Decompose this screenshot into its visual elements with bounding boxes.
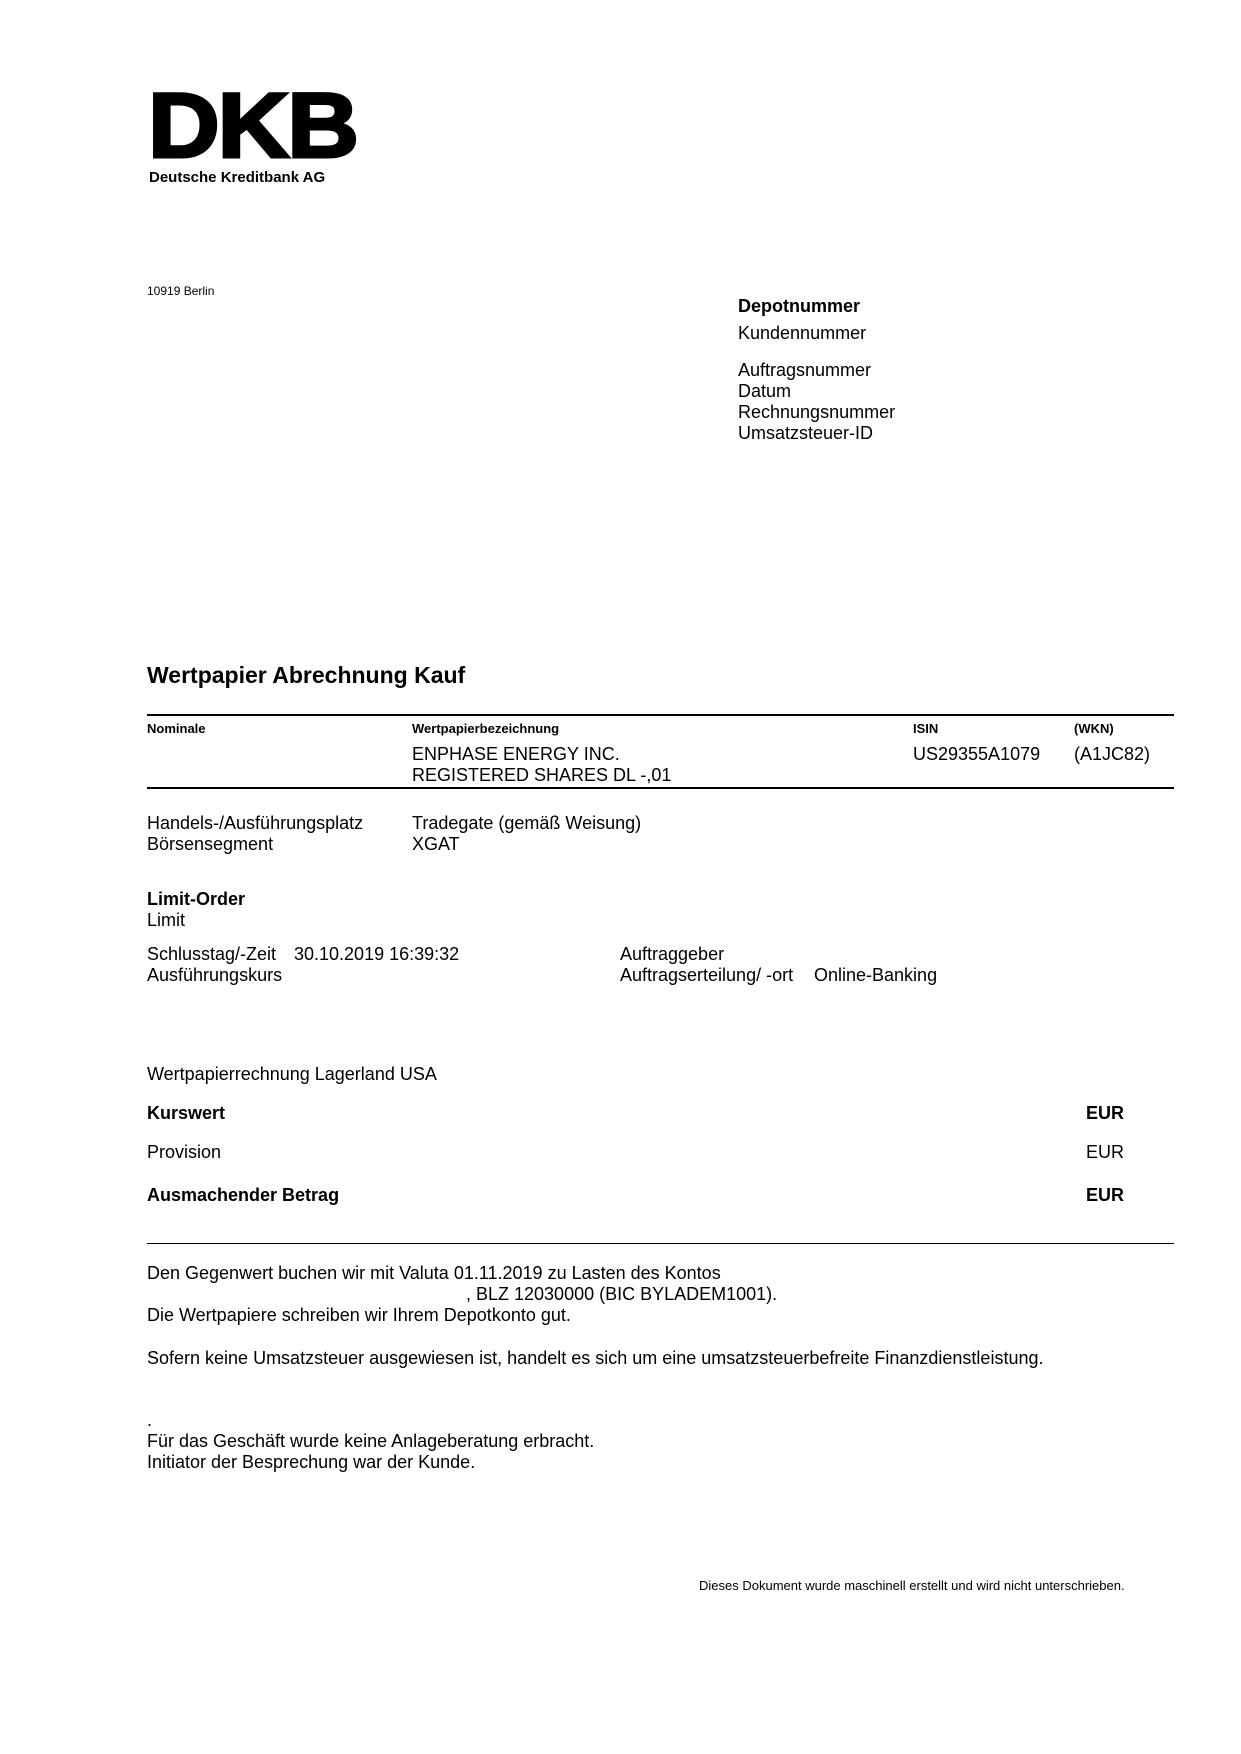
datum-label: Datum: [738, 381, 895, 402]
header-nominale: Nominale: [147, 721, 206, 736]
depotnummer-label: Depotnummer: [738, 296, 895, 317]
bank-name: Deutsche Kreditbank AG: [149, 169, 325, 186]
reference-info-block: Depotnummer Kundennummer Auftragsnummer …: [738, 296, 895, 444]
limit-label: Limit: [147, 910, 185, 931]
schlusstag-value: 30.10.2019 16:39:32: [294, 944, 459, 965]
kurswert-currency: EUR: [1086, 1103, 1124, 1124]
cell-wertpapierbezeichnung: ENPHASE ENERGY INC. REGISTERED SHARES DL…: [412, 744, 671, 786]
kundennummer-label: Kundennummer: [738, 323, 895, 344]
auftragserteilung-label: Auftragserteilung/ -ort: [620, 965, 793, 986]
security-name-line2: REGISTERED SHARES DL -,01: [412, 765, 671, 786]
advice-note-line2: Initiator der Besprechung war der Kunde.: [147, 1452, 475, 1473]
rechnungsnummer-label: Rechnungsnummer: [738, 402, 895, 423]
sender-address: 10919 Berlin: [147, 284, 214, 298]
auftraggeber-label: Auftraggeber: [620, 944, 724, 965]
lagerland-text: Wertpapierrechnung Lagerland USA: [147, 1064, 437, 1085]
table-top-divider: [147, 714, 1174, 716]
vat-note: Sofern keine Umsatzsteuer ausgewiesen is…: [147, 1348, 1043, 1369]
auftragserteilung-value: Online-Banking: [814, 965, 937, 986]
cell-isin: US29355A1079: [913, 744, 1040, 765]
advice-note-line1: Für das Geschäft wurde keine Anlageberat…: [147, 1431, 594, 1452]
header-wkn: (WKN): [1074, 721, 1114, 736]
ausfuehrungskurs-label: Ausführungskurs: [147, 965, 282, 986]
booking-text-line1: Den Gegenwert buchen wir mit Valuta 01.1…: [147, 1263, 721, 1284]
handelsplatz-label: Handels-/Ausführungsplatz: [147, 813, 363, 834]
boersensegment-value: XGAT: [412, 834, 460, 855]
header-isin: ISIN: [913, 721, 938, 736]
ausmachender-betrag-label: Ausmachender Betrag: [147, 1185, 339, 1206]
umsatzsteuer-id-label: Umsatzsteuer-ID: [738, 423, 895, 444]
machine-generated-note: Dieses Dokument wurde maschinell erstell…: [699, 1578, 1125, 1593]
table-bottom-divider: [147, 787, 1174, 789]
cell-wkn: (A1JC82): [1074, 744, 1150, 765]
header-wertpapierbezeichnung: Wertpapierbezeichnung: [412, 721, 559, 736]
auftragsnummer-label: Auftragsnummer: [738, 360, 895, 381]
separator-dot: .: [147, 1410, 152, 1431]
provision-currency: EUR: [1086, 1142, 1124, 1163]
settlement-divider: [147, 1243, 1174, 1244]
booking-text-line3: Die Wertpapiere schreiben wir Ihrem Depo…: [147, 1305, 571, 1326]
schlusstag-label: Schlusstag/-Zeit: [147, 944, 276, 965]
handelsplatz-value: Tradegate (gemäß Weisung): [412, 813, 641, 834]
kurswert-label: Kurswert: [147, 1103, 225, 1124]
order-type-label: Limit-Order: [147, 889, 245, 910]
ausmachender-betrag-currency: EUR: [1086, 1185, 1124, 1206]
boersensegment-label: Börsensegment: [147, 834, 273, 855]
dkb-logo: DKB: [148, 80, 357, 172]
booking-text-line2: , BLZ 12030000 (BIC BYLADEM1001).: [466, 1284, 777, 1305]
security-name-line1: ENPHASE ENERGY INC.: [412, 744, 671, 765]
document-title: Wertpapier Abrechnung Kauf: [147, 662, 465, 689]
provision-label: Provision: [147, 1142, 221, 1163]
